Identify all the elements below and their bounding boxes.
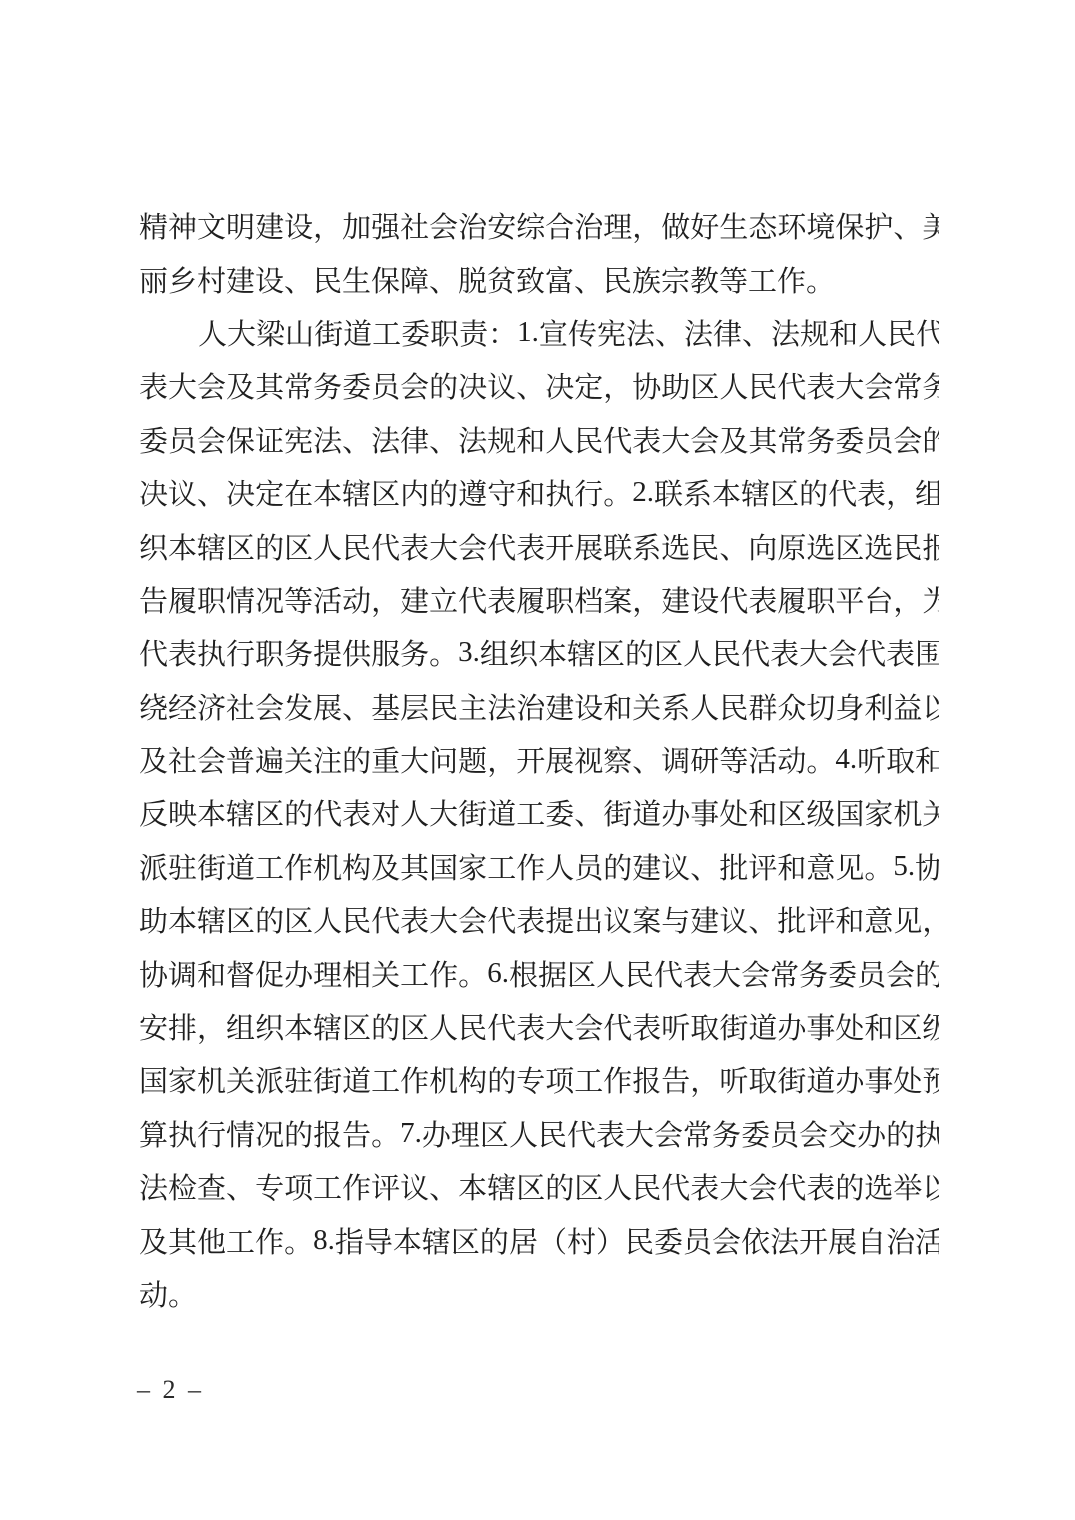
text-block: 精神文明建设，加强社会治安综合治理，做好生态环境保护、美丽乡村建设、民生保障、脱… bbox=[139, 199, 939, 1320]
text-line: 安排，组织本辖区的区人民代表大会代表听取街道办事处和区级 bbox=[139, 1000, 939, 1053]
text-line: 代表执行职务提供服务。3.组织本辖区的区人民代表大会代表围 bbox=[139, 626, 939, 679]
text-line: 派驻街道工作机构及其国家工作人员的建议、批评和意见。5.协 bbox=[139, 840, 939, 893]
text-line: 织本辖区的区人民代表大会代表开展联系选民、向原选区选民报 bbox=[139, 519, 939, 572]
page-number: – 2 – bbox=[137, 1375, 204, 1405]
text-line: 精神文明建设，加强社会治安综合治理，做好生态环境保护、美 bbox=[139, 199, 939, 252]
text-line: 绕经济社会发展、基层民主法治建设和关系人民群众切身利益以 bbox=[139, 680, 939, 733]
text-line: 表大会及其常务委员会的决议、决定，协助区人民代表大会常务 bbox=[139, 359, 939, 412]
text-line: 反映本辖区的代表对人大街道工委、街道办事处和区级国家机关 bbox=[139, 786, 939, 839]
document-page: 精神文明建设，加强社会治安综合治理，做好生态环境保护、美丽乡村建设、民生保障、脱… bbox=[0, 0, 1075, 1520]
text-line: 及社会普遍关注的重大问题，开展视察、调研等活动。4.听取和 bbox=[139, 733, 939, 786]
text-line: 告履职情况等活动，建立代表履职档案，建设代表履职平台，为 bbox=[139, 573, 939, 626]
text-line: 动。 bbox=[139, 1267, 939, 1320]
text-line: 国家机关派驻街道工作机构的专项工作报告，听取街道办事处预 bbox=[139, 1053, 939, 1106]
text-line: 人大梁山街道工委职责：1.宣传宪法、法律、法规和人民代 bbox=[139, 306, 939, 359]
text-line: 及其他工作。8.指导本辖区的居（村）民委员会依法开展自治活 bbox=[139, 1213, 939, 1266]
text-line: 协调和督促办理相关工作。6.根据区人民代表大会常务委员会的 bbox=[139, 946, 939, 999]
text-line: 助本辖区的区人民代表大会代表提出议案与建议、批评和意见， bbox=[139, 893, 939, 946]
text-line: 丽乡村建设、民生保障、脱贫致富、民族宗教等工作。 bbox=[139, 252, 939, 305]
text-line: 算执行情况的报告。7.办理区人民代表大会常务委员会交办的执 bbox=[139, 1107, 939, 1160]
text-line: 决议、决定在本辖区内的遵守和执行。2.联系本辖区的代表，组 bbox=[139, 466, 939, 519]
text-line: 委员会保证宪法、法律、法规和人民代表大会及其常务委员会的 bbox=[139, 413, 939, 466]
text-line: 法检查、专项工作评议、本辖区的区人民代表大会代表的选举以 bbox=[139, 1160, 939, 1213]
